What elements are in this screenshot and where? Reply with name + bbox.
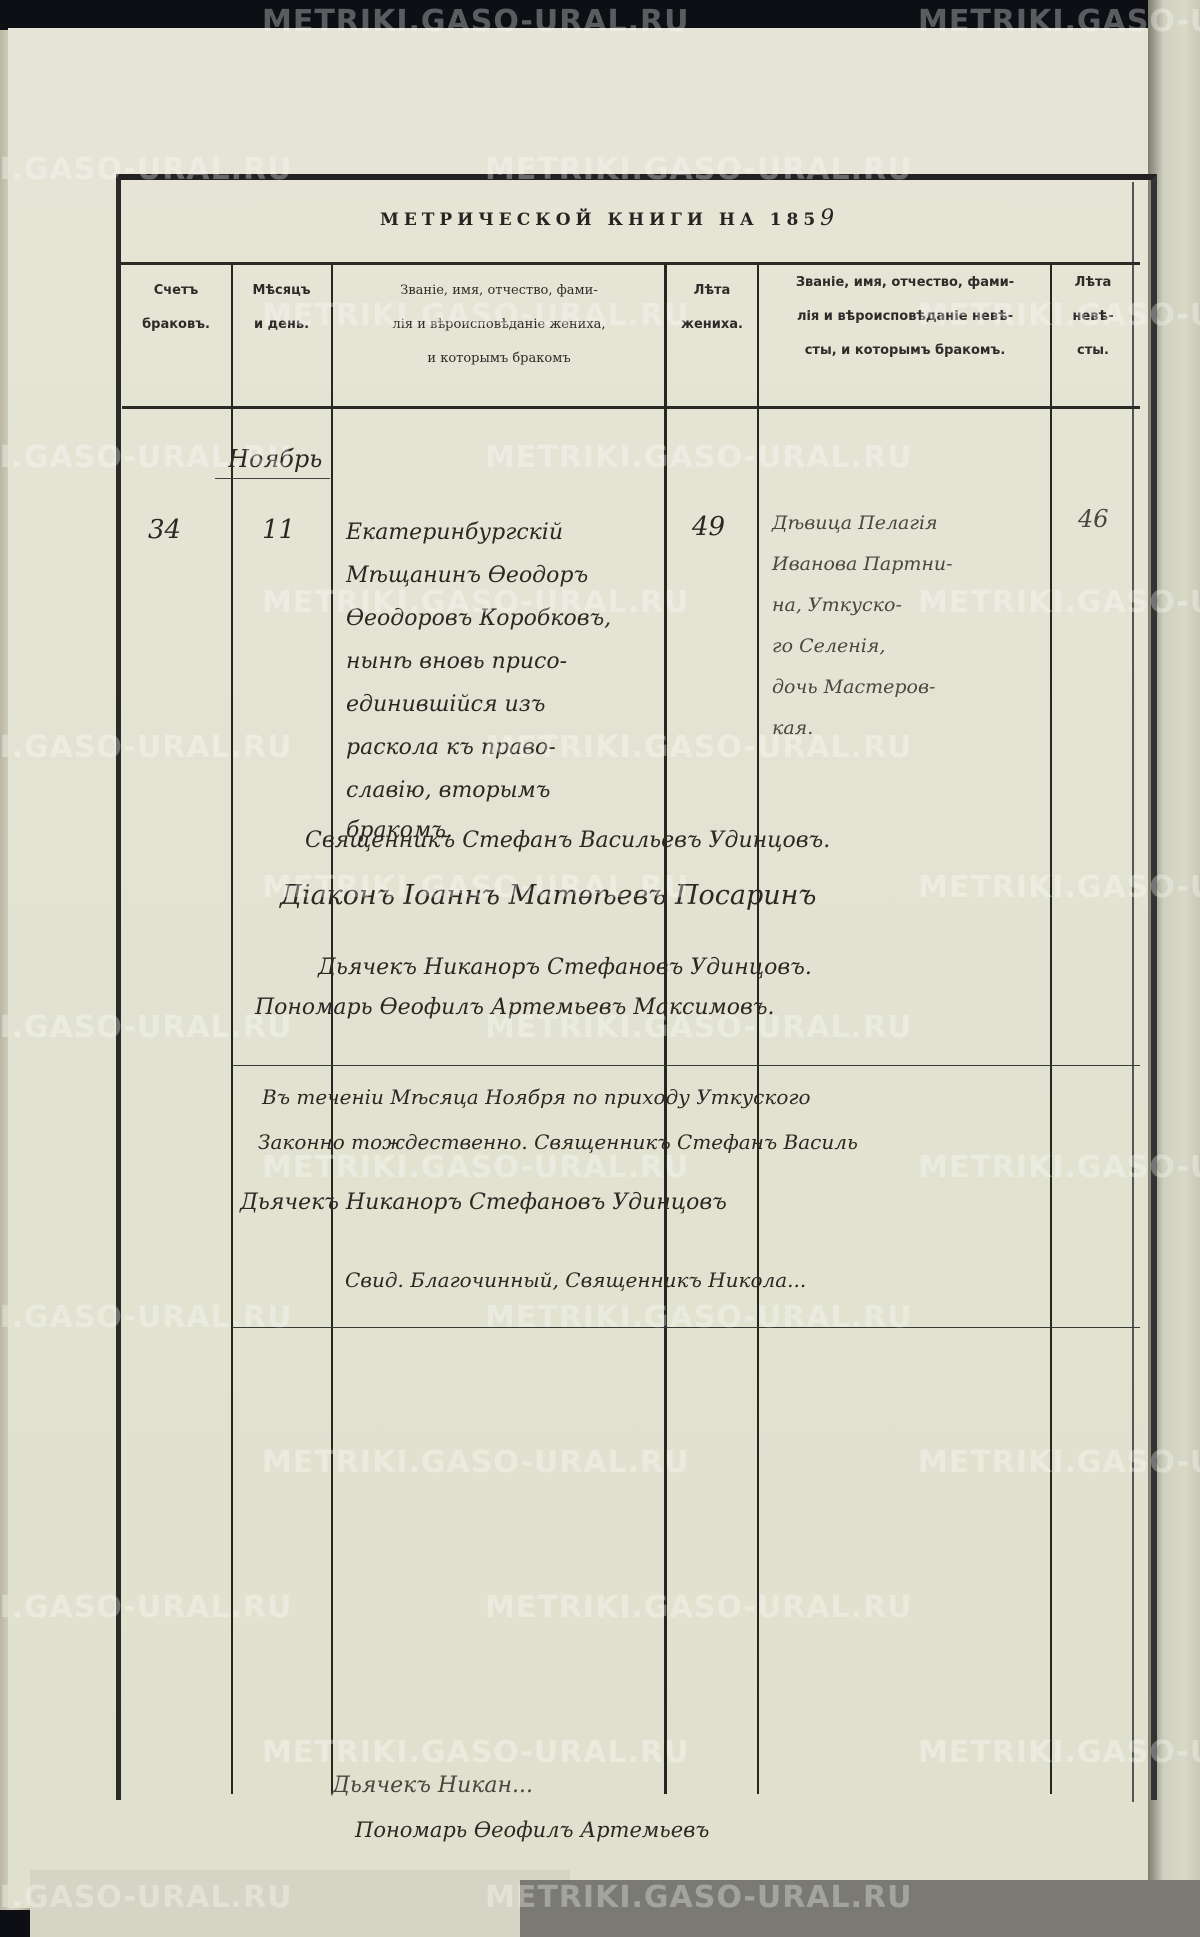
bride-line: кая. <box>772 717 813 739</box>
closing-line: Законно тождественно. Священникъ Стефанъ… <box>258 1130 858 1154</box>
month-underline <box>215 478 330 479</box>
signature-sexton: Дьячекъ Никаноръ Стефановъ Удинцовъ. <box>318 955 812 980</box>
header-line: Счетъ <box>122 274 230 308</box>
header-line: сты, и которымъ бракомъ. <box>760 334 1050 368</box>
header-line: лія и вѣроисповѣданіе невѣ- <box>760 300 1050 334</box>
closing-line: Въ теченіи Мѣсяца Ноября по приходу Утку… <box>262 1085 811 1109</box>
title-year-handwritten: 9 <box>820 206 834 231</box>
header-line: Мѣсяцъ <box>233 274 330 308</box>
verification-signature: Свид. Благочинный, Священникъ Никола... <box>345 1268 806 1292</box>
header-month-day: Мѣсяцъ и день. <box>233 274 330 342</box>
signature-priest: Священникъ Стефанъ Васильевъ Удинцовъ. <box>305 828 830 853</box>
header-top-rule <box>120 262 1140 265</box>
header-count: Счетъ браковъ. <box>122 274 230 342</box>
groom-line: нынѣ вновь присо- <box>346 649 567 674</box>
header-line: Званіе, имя, отчество, фами- <box>334 274 664 308</box>
col-divider-3 <box>664 264 667 1794</box>
table-frame <box>116 174 1157 1800</box>
bride-line: Дѣвица Пелагія <box>772 512 938 534</box>
header-bride-age: Лѣта невѣ- сты. <box>1053 266 1133 368</box>
bottom-signature-sexton: Дьячекъ Никан... <box>332 1773 533 1798</box>
bride-line: го Селенія, <box>772 635 885 657</box>
bride-age: 46 <box>1078 505 1109 533</box>
header-line: браковъ. <box>122 308 230 342</box>
frame-inner-rule <box>1132 182 1134 1802</box>
groom-line: раскола къ право- <box>346 735 556 760</box>
groom-line: единившійся изъ <box>346 692 545 717</box>
entry-day: 11 <box>262 515 295 545</box>
header-line: сты. <box>1053 334 1133 368</box>
groom-line: Мѣщанинъ Ѳеодоръ <box>346 563 588 588</box>
closing-line: Дьячекъ Никаноръ Стефановъ Удинцовъ <box>240 1190 727 1215</box>
entry-separator <box>232 1065 1140 1066</box>
header-line: и которымъ бракомъ <box>334 342 664 376</box>
col-divider-5 <box>1050 264 1052 1794</box>
entry-number: 34 <box>148 515 181 545</box>
header-line: Званіе, имя, отчество, фами- <box>760 266 1050 300</box>
title-printed: МЕТРИЧЕСКОЙ КНИГИ НА 185 <box>380 210 820 230</box>
header-line: и день. <box>233 308 330 342</box>
bottom-signature-sacristan: Пономарь Ѳеофилъ Артемьевъ <box>355 1818 709 1842</box>
bride-line: Иванова Партни- <box>772 553 953 575</box>
bride-line: дочь Мастеров- <box>772 676 935 698</box>
groom-line: Екатеринбургскій <box>346 520 563 545</box>
header-groom: Званіе, имя, отчество, фами- лія и вѣрои… <box>334 274 664 376</box>
col-divider-1 <box>231 264 233 1794</box>
groom-line: славію, вторымъ <box>346 778 550 803</box>
header-bottom-rule <box>122 406 1140 409</box>
signature-deacon: Діаконъ Іоаннъ Матѳѣевъ Посаринъ <box>280 880 816 911</box>
month-label: Ноябрь <box>228 445 322 473</box>
signature-sacristan: Пономарь Ѳеофилъ Артемьевъ Максимовъ. <box>255 995 774 1020</box>
header-bride: Званіе, имя, отчество, фами- лія и вѣрои… <box>760 266 1050 368</box>
background-surface <box>520 1880 1200 1937</box>
torn-page-bottom <box>30 1870 570 1937</box>
header-line: Лѣта <box>667 274 757 308</box>
closing-separator <box>232 1327 1140 1328</box>
header-line: жениха. <box>667 308 757 342</box>
col-divider-2 <box>331 264 333 1794</box>
groom-age: 49 <box>692 512 725 542</box>
register-title: МЕТРИЧЕСКОЙ КНИГИ НА 1859 <box>380 206 834 231</box>
header-line: невѣ- <box>1053 300 1133 334</box>
groom-line: Ѳеодоровъ Коробковъ, <box>346 606 611 631</box>
header-line: лія и вѣроисповѣданіе жениха, <box>334 308 664 342</box>
col-divider-4 <box>757 264 759 1794</box>
header-line: Лѣта <box>1053 266 1133 300</box>
header-groom-age: Лѣта жениха. <box>667 274 757 342</box>
bride-line: на, Уткуско- <box>772 594 902 616</box>
